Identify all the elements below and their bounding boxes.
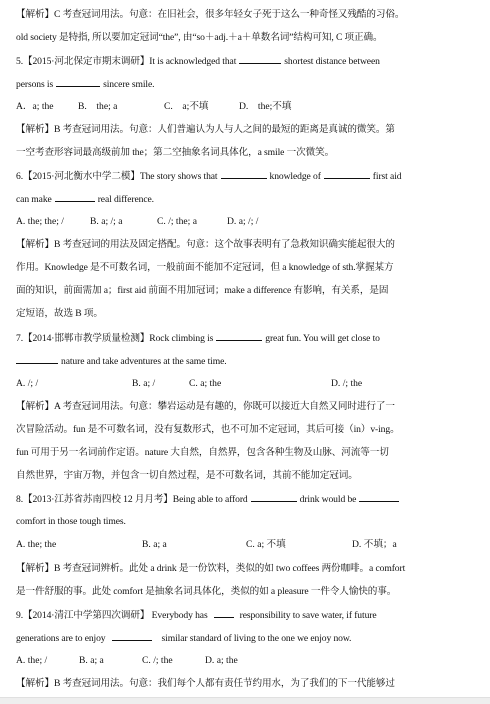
question-7-text-a: 7.【2014·邯郸市教学质量检测】Rock climbing is: [16, 333, 213, 344]
answer-blank: [56, 74, 100, 87]
question-9-text-b: responsibility to save water, if future: [240, 610, 377, 621]
answer-blank: [16, 351, 58, 364]
explanation-q9-line1: 【解析】B 考查冠词用法。句意：我们每个人都有责任节约用水，为了我们的下一代能够…: [16, 674, 470, 694]
question-9-options: A. the; / B. a; a C. /; the D. a; the: [16, 651, 470, 671]
option-c: C. a; 不填: [246, 535, 286, 555]
question-9-text-c: generations are to enjoy: [16, 633, 106, 644]
explanation-q7-line4: 自然世界，宇宙万物，并包含一切自然过程，是不可数名词，其前不能加定冠词。: [16, 466, 470, 486]
question-5-text-d: sincere smile.: [103, 79, 154, 90]
answer-blank: [239, 51, 281, 64]
question-7-line1: 7.【2014·邯郸市教学质量检测】Rock climbing isgreat …: [16, 328, 470, 348]
explanation-q8-line2: 是一件舒服的事。此处 comfort 是抽象名词具体化，类似的如 a pleas…: [16, 582, 470, 602]
question-8-options: A. the; the B. a; a C. a; 不填 D. 不填；a: [16, 535, 470, 555]
question-6-text-c: first aid: [373, 171, 402, 182]
question-7-line2: nature and take adventures at the same t…: [16, 351, 470, 371]
explanation-q6-line3: 面的知识，前面需加 a；first aid 前面不用加冠词；make a dif…: [16, 281, 470, 301]
option-d: D. a; /; /: [227, 212, 258, 232]
question-5-text-c: persons is: [16, 79, 53, 90]
option-d: D. the;不填: [239, 97, 292, 117]
explanation-q6-line1: 【解析】B 考查冠词的用法及固定搭配。句意：这个故事表明有了急救知识确实能起很大…: [16, 235, 470, 255]
document-page: 【解析】C 考查冠词用法。句意：在旧社会，很多年轻女子死于这么一种奇怪又残酷的习…: [0, 0, 490, 697]
question-6-line1: 6.【2015·河北衡水中学二模】The story shows thatkno…: [16, 166, 470, 186]
question-8-line1: 8.【2013·江苏省苏南四校 12 月月考】Being able to aff…: [16, 489, 470, 509]
question-8-text-a: 8.【2013·江苏省苏南四校 12 月月考】Being able to aff…: [16, 494, 248, 505]
explanation-q4-line1: 【解析】C 考查冠词用法。句意：在旧社会，很多年轻女子死于这么一种奇怪又残酷的习…: [16, 5, 470, 25]
question-6-text-b: knowledge of: [270, 171, 321, 182]
explanation-q4-line2: old society 是特指, 所以要加定冠词“the”, 由“so＋adj.…: [16, 28, 470, 48]
question-6-options: A. the; the; / B. a; /; a C. /; the; a D…: [16, 212, 470, 232]
explanation-q8-line1: 【解析】B 考查冠词辨析。此处 a drink 是一份饮料，类似的如 two c…: [16, 559, 470, 579]
option-c: C. /; the: [142, 651, 173, 671]
explanation-q7-line2: 次冒险活动。fun 是不可数名词，没有复数形式，也不可加不定冠词，其后可接（in…: [16, 420, 470, 440]
explanation-q5-line1: 【解析】B 考查冠词用法。句意：人们普遍认为人与人之间的最短的距离是真诚的微笑。…: [16, 120, 470, 140]
option-d: D. a; the: [205, 651, 238, 671]
question-7-text-c: nature and take adventures at the same t…: [61, 356, 227, 367]
option-b: B. a; a: [142, 535, 167, 555]
answer-blank: [221, 166, 267, 179]
question-6-text-d: can make: [16, 194, 52, 205]
question-5-line2: persons issincere smile.: [16, 74, 470, 94]
question-6-text-e: real difference.: [98, 194, 154, 205]
option-a: A. the; the: [16, 535, 56, 555]
question-8-text-b: drink would be: [300, 494, 357, 505]
option-b: B. a; a: [79, 651, 104, 671]
explanation-q7-line3: fun 可用于另一名词前作定语。nature 大自然，自然界，包含各种生物及山脉…: [16, 443, 470, 463]
explanation-q6-line4: 定短语，故选 B 项。: [16, 304, 470, 324]
question-8-line2: comfort in those tough times.: [16, 512, 470, 532]
option-b: B. a; /: [132, 374, 155, 394]
question-9-text-a: 9.【2014·清江中学第四次调研】 Everybody has: [16, 610, 208, 621]
answer-blank: [359, 489, 399, 502]
question-7-options: A. /; / B. a; / C. a; the D. /; the: [16, 374, 470, 394]
answer-blank: [216, 328, 262, 341]
option-a: A．a; the: [16, 97, 54, 117]
answer-blank: [55, 189, 95, 202]
answer-blank: [214, 605, 234, 618]
option-b: B. a; /; a: [90, 212, 123, 232]
question-9-text-d: similar standard of living to the one we…: [162, 633, 352, 644]
option-c: C. a;不填: [164, 97, 209, 117]
question-6-text-a: 6.【2015·河北衡水中学二模】The story shows that: [16, 171, 218, 182]
option-a: A. the; /: [16, 651, 47, 671]
option-d: D. /; the: [331, 374, 362, 394]
question-7-text-b: great fun. You will get close to: [265, 333, 380, 344]
explanation-q6-line2: 作用。Knowledge 是不可数名词，一般前面不能加不定冠词，但 a know…: [16, 258, 470, 278]
answer-blank: [251, 489, 297, 502]
question-9-line1: 9.【2014·清江中学第四次调研】 Everybody hasresponsi…: [16, 605, 470, 625]
question-5-options: A．a; the B. the; a C. a;不填 D. the;不填: [16, 97, 470, 117]
option-a: A. the; the; /: [16, 212, 64, 232]
question-5-text-b: shortest distance between: [284, 56, 380, 67]
answer-blank: [112, 628, 152, 641]
option-b: B. the; a: [78, 97, 117, 117]
viewer-bottom-edge: [0, 697, 490, 704]
explanation-q5-line2: 一空考查形容词最高级前加 the；第二空抽象名词具体化，a smile 一次微笑…: [16, 143, 470, 163]
question-6-line2: can makereal difference.: [16, 189, 470, 209]
question-5-text-a: 5.【2015·河北保定市期末调研】It is acknowledged tha…: [16, 56, 236, 67]
option-c: C. a; the: [189, 374, 221, 394]
answer-blank: [324, 166, 370, 179]
option-a: A. /; /: [16, 374, 38, 394]
question-5-line1: 5.【2015·河北保定市期末调研】It is acknowledged tha…: [16, 51, 470, 71]
question-9-line2: generations are to enjoysimilar standard…: [16, 628, 470, 648]
option-d: D. 不填；a: [352, 535, 397, 555]
option-c: C. /; the; a: [157, 212, 197, 232]
explanation-q7-line1: 【解析】A 考查冠词用法。句意：攀岩运动是有趣的，你既可以接近大自然又同时进行了…: [16, 397, 470, 417]
